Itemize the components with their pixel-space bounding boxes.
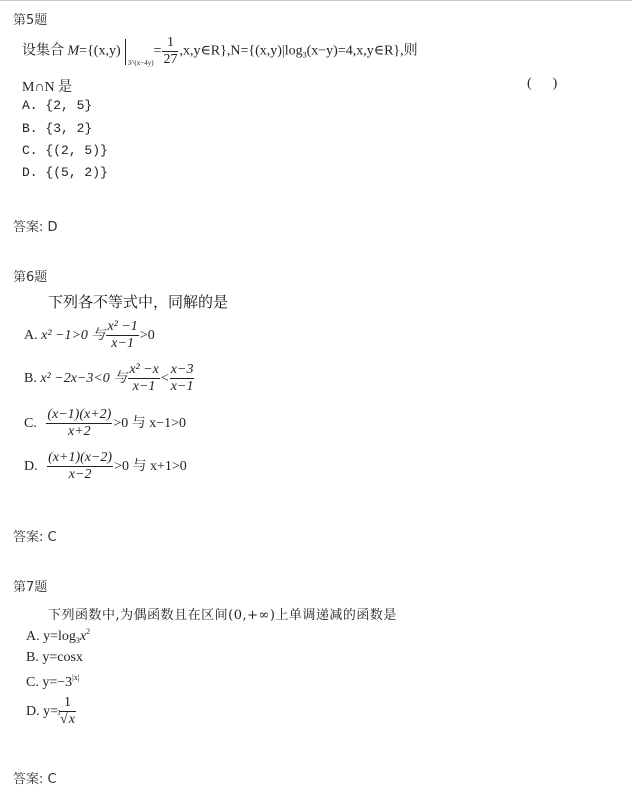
option-text: y=cosx xyxy=(42,650,83,665)
option-fraction: x² −1x−1 xyxy=(106,320,138,351)
q5-option-c[interactable]: C. {(2, 5)} xyxy=(22,143,108,158)
option-label: D. xyxy=(26,704,40,719)
option-text: {(5, 2)} xyxy=(45,165,107,180)
q6-title: 第6题 xyxy=(13,266,47,285)
option-text: {3, 2} xyxy=(45,121,92,136)
q6-option-b[interactable]: B. x² −2x−3<0 与x² −xx−1<x−3x−1 xyxy=(24,363,195,395)
q7-option-a[interactable]: A. y=log3x2 xyxy=(26,627,90,645)
frac-num: 1 xyxy=(59,696,76,712)
frac-den: x+2 xyxy=(46,424,112,439)
q5-answer-paren: ( ) xyxy=(527,76,557,92)
frac-num: (x−1)(x+2) xyxy=(46,408,112,424)
option-label: B. xyxy=(24,371,37,386)
option-label: C. xyxy=(24,416,37,431)
option-label: A. xyxy=(26,629,40,644)
option-right-expr: >0 与 x−1>0 xyxy=(113,416,186,431)
frac-den: x−1 xyxy=(106,336,138,351)
q5-option-d[interactable]: D. {(5, 2)} xyxy=(22,165,108,180)
q5-option-a[interactable]: A. {2, 5} xyxy=(22,98,92,113)
q5-bar-sub: 3^(x−4y) xyxy=(128,48,154,78)
option-label: D. xyxy=(24,459,38,474)
option-text: y= xyxy=(43,704,58,719)
option-right-expr: >0 与 x+1>0 xyxy=(114,459,187,474)
q7-option-c[interactable]: C. y=−3|x| xyxy=(26,673,79,691)
root-arg: x xyxy=(68,711,75,727)
option-text: y=−3 xyxy=(42,675,72,690)
q5-stem-eq1: ={(x,y) xyxy=(79,44,120,59)
option-mid-op: < xyxy=(161,371,169,386)
q6-answer: 答案: C xyxy=(13,526,57,545)
q5-stem-npart: N={(x,y)|log xyxy=(230,44,302,59)
q7-answer: 答案: C xyxy=(13,768,57,787)
q7-title: 第7题 xyxy=(13,576,47,595)
top-divider xyxy=(0,0,632,1)
frac-num: x² −x xyxy=(128,363,160,379)
q5-frac-num: 1 xyxy=(162,36,178,52)
exponent: 2 xyxy=(86,627,90,636)
option-fraction: 13√x xyxy=(59,696,76,727)
option-left-expr: x² −2x−3<0 与 xyxy=(40,371,127,386)
option-fraction: (x+1)(x−2)x−2 xyxy=(47,451,113,482)
q6-option-a[interactable]: A. x² −1>0 与x² −1x−1>0 xyxy=(24,320,155,352)
option-text: {(2, 5)} xyxy=(45,143,107,158)
option-right-expr: >0 xyxy=(140,328,155,343)
exponent: |x| xyxy=(72,673,79,682)
root-index: 3 xyxy=(57,710,61,717)
q7-stem: 下列函数中,为偶函数且在区间(0,+∞)上单调递减的函数是 xyxy=(48,604,397,623)
frac-num: x−3 xyxy=(170,363,195,379)
option-fraction: (x−1)(x+2)x+2 xyxy=(46,408,112,439)
frac-den: x−1 xyxy=(128,379,160,394)
q5-fraction: 127 xyxy=(162,36,178,67)
q5-stem-prefix: 设集合 xyxy=(22,44,68,59)
cube-root: 3√x xyxy=(60,713,75,727)
frac-den: x−2 xyxy=(47,467,113,482)
option-text: y=log xyxy=(43,629,76,644)
option-label: C. xyxy=(22,143,38,158)
q5-stem-nrest: (x−y)=4,x,y∈R},则 xyxy=(307,44,418,59)
q5-answer: 答案: D xyxy=(13,216,58,235)
option-label: A. xyxy=(24,328,38,343)
q5-stem-eq2: = xyxy=(154,44,162,59)
q5-bar xyxy=(125,39,126,65)
q5-stem-line2: M∩N 是 xyxy=(22,76,72,96)
frac-den: x−1 xyxy=(170,379,195,394)
frac-num: (x+1)(x−2) xyxy=(47,451,113,467)
option-label: D. xyxy=(22,165,38,180)
option-label: A. xyxy=(22,98,38,113)
q6-option-c[interactable]: C. (x−1)(x+2)x+2>0 与 x−1>0 xyxy=(24,407,186,441)
q7-option-b[interactable]: B. y=cosx xyxy=(26,650,83,666)
q7-option-d[interactable]: D. y=13√x xyxy=(26,695,77,729)
q6-stem: 下列各不等式中，同解的是 xyxy=(48,291,228,312)
q5-set-m: M xyxy=(68,44,80,59)
q6-option-d[interactable]: D. (x+1)(x−2)x−2>0 与 x+1>0 xyxy=(24,450,187,484)
option-fraction-2: x−3x−1 xyxy=(170,363,195,394)
option-left-expr: x² −1>0 与 xyxy=(41,328,105,343)
q5-option-b[interactable]: B. {3, 2} xyxy=(22,121,92,136)
frac-den: 3√x xyxy=(59,712,76,727)
q5-stem-cond1: ,x,y∈R}, xyxy=(179,44,230,59)
option-fraction-1: x² −xx−1 xyxy=(128,363,160,394)
q5-title: 第5题 xyxy=(13,9,47,28)
q5-frac-den: 27 xyxy=(162,52,178,67)
q5-stem-line1: 设集合 M={(x,y)3^(x−4y)=127,x,y∈R},N={(x,y)… xyxy=(22,36,418,66)
option-label: B. xyxy=(22,121,38,136)
option-label: B. xyxy=(26,650,39,665)
option-text: {2, 5} xyxy=(45,98,92,113)
frac-num: x² −1 xyxy=(106,320,138,336)
option-label: C. xyxy=(26,675,39,690)
